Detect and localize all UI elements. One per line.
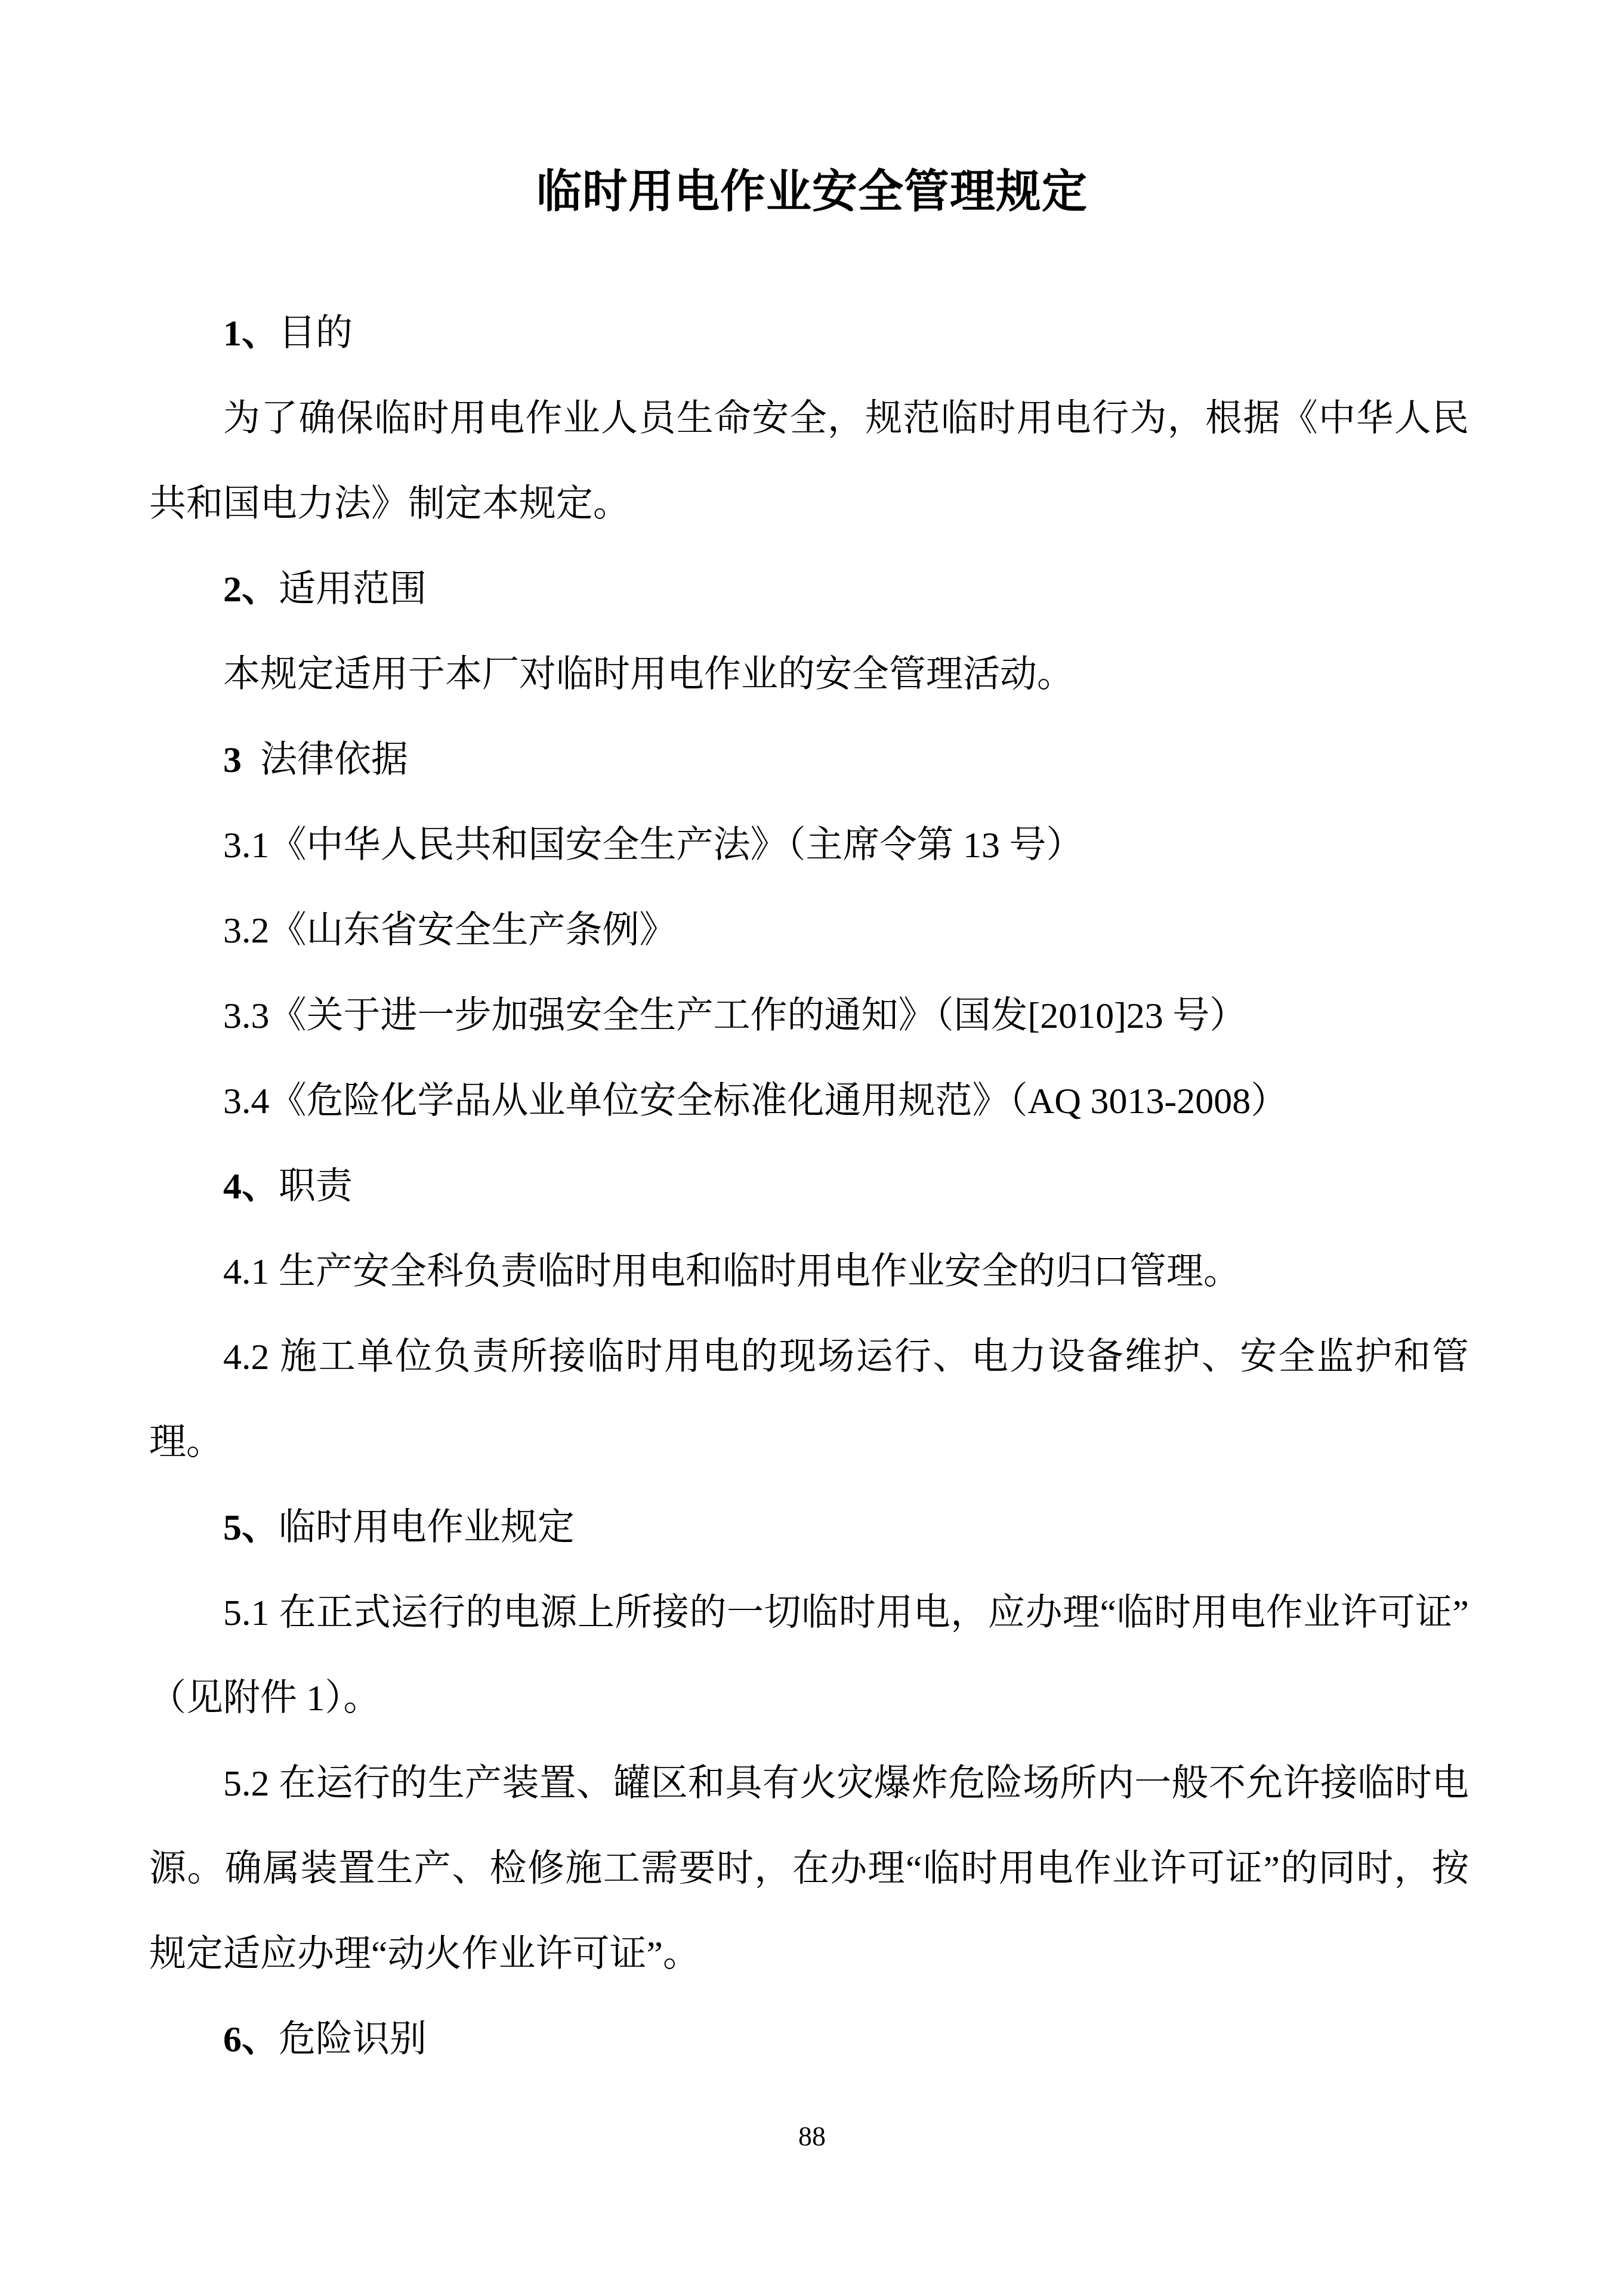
- heading-number: 5、: [223, 1507, 279, 1548]
- heading-number: 2、: [223, 569, 279, 610]
- document-title: 临时用电作业安全管理规定: [0, 0, 1624, 218]
- section-heading-1: 1、目的: [149, 291, 1469, 376]
- heading-number: 1、: [223, 313, 279, 354]
- paragraph: 4.2 施工单位负责所接临时用电的现场运行、电力设备维护、安全监护和管理。: [149, 1315, 1469, 1485]
- section-heading-2: 2、适用范围: [149, 547, 1469, 632]
- section-heading-3: 3 法律依据: [149, 718, 1469, 803]
- paragraph: 5.1 在正式运行的电源上所接的一切临时用电，应办理“临时用电作业许可证” （见…: [149, 1571, 1469, 1741]
- paragraph: 为了确保临时用电作业人员生命安全，规范临时用电行为，根据《中华人民共和国电力法》…: [149, 376, 1469, 547]
- paragraph: 4.1 生产安全科负责临时用电和临时用电作业安全的归口管理。: [149, 1229, 1469, 1315]
- heading-text: 临时用电作业规定: [279, 1507, 575, 1548]
- heading-text: 适用范围: [279, 569, 427, 610]
- paragraph: 5.2 在运行的生产装置、罐区和具有火灾爆炸危险场所内一般不允许接临时电源。确属…: [149, 1741, 1469, 1997]
- page-number: 88: [0, 2119, 1624, 2155]
- section-heading-5: 5、临时用电作业规定: [149, 1485, 1469, 1571]
- heading-number: 3: [223, 740, 260, 780]
- heading-text: 危险识别: [279, 2019, 427, 2060]
- document-body: 1、目的为了确保临时用电作业人员生命安全，规范临时用电行为，根据《中华人民共和国…: [149, 291, 1469, 2082]
- paragraph: 3.3《关于进一步加强安全生产工作的通知》（国发[2010]23 号）: [149, 974, 1469, 1059]
- paragraph: 本规定适用于本厂对临时用电作业的安全管理活动。: [149, 632, 1469, 718]
- heading-number: 4、: [223, 1166, 279, 1207]
- heading-number: 6、: [223, 2019, 279, 2060]
- paragraph: 3.1《中华人民共和国安全生产法》（主席令第 13 号）: [149, 803, 1469, 888]
- document-page: 临时用电作业安全管理规定 1、目的为了确保临时用电作业人员生命安全，规范临时用电…: [0, 0, 1624, 2296]
- section-heading-6: 6、危险识别: [149, 1997, 1469, 2082]
- paragraph: 3.4《危险化学品从业单位安全标准化通用规范》（AQ 3013-2008）: [149, 1059, 1469, 1144]
- section-heading-4: 4、职责: [149, 1144, 1469, 1229]
- heading-text: 法律依据: [260, 740, 408, 780]
- heading-text: 目的: [279, 313, 353, 354]
- heading-text: 职责: [279, 1166, 353, 1207]
- paragraph: 3.2《山东省安全生产条例》: [149, 888, 1469, 974]
